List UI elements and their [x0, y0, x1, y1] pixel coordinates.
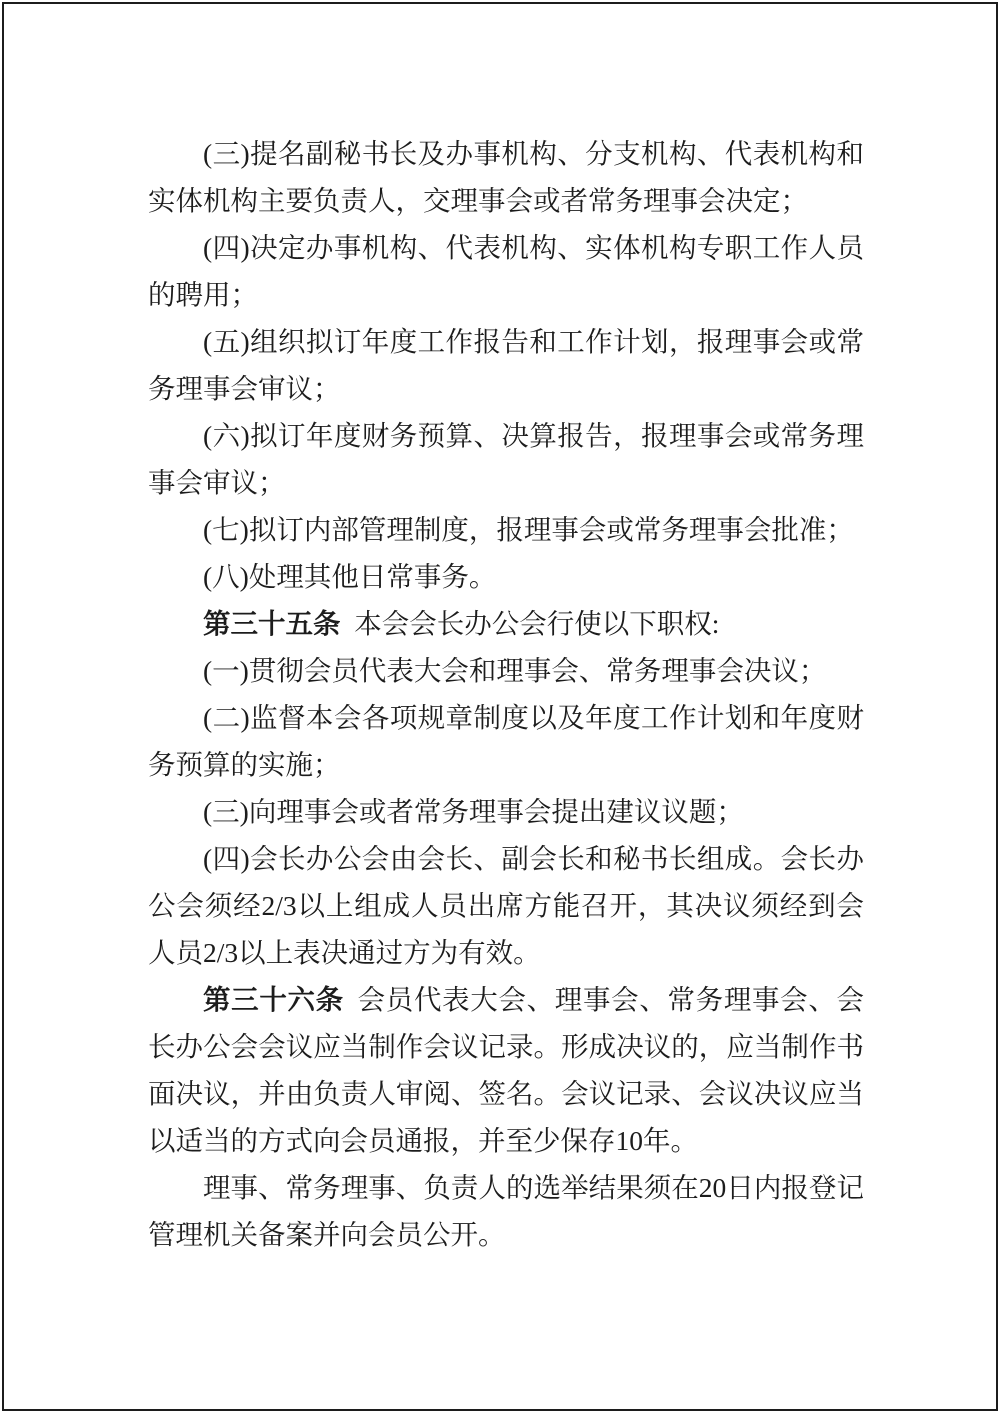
paragraph: (四)决定办事机构、代表机构、实体机构专职工作人员的聘用； [148, 224, 864, 318]
paragraph: 第三十六条会员代表大会、理事会、常务理事会、会长办公会会议应当制作会议记录。形成… [148, 976, 864, 1164]
paragraph: (二)监督本会各项规章制度以及年度工作计划和年度财务预算的实施； [148, 694, 864, 788]
paragraph: 第三十五条本会会长办公会行使以下职权: [148, 600, 864, 647]
clause-number: 第三十五条 [203, 608, 341, 639]
paragraph: (八)处理其他日常事务。 [148, 553, 864, 600]
paragraph: (七)拟订内部管理制度，报理事会或常务理事会批准； [148, 506, 864, 553]
paragraph: (三)向理事会或者常务理事会提出建议议题； [148, 788, 864, 835]
paragraph: (四)会长办公会由会长、副会长和秘书长组成。会长办公会须经2/3以上组成人员出席… [148, 835, 864, 976]
clause-number: 第三十六条 [203, 984, 344, 1015]
page: (三)提名副秘书长及办事机构、分支机构、代表机构和实体机构主要负责人，交理事会或… [0, 0, 1000, 1414]
paragraph: 理事、常务理事、负责人的选举结果须在20日内报登记管理机关备案并向会员公开。 [148, 1164, 864, 1258]
paragraph: (三)提名副秘书长及办事机构、分支机构、代表机构和实体机构主要负责人，交理事会或… [148, 130, 864, 224]
document-body: (三)提名副秘书长及办事机构、分支机构、代表机构和实体机构主要负责人，交理事会或… [148, 130, 864, 1258]
paragraph: (五)组织拟订年度工作报告和工作计划，报理事会或常务理事会审议； [148, 318, 864, 412]
paragraph: (六)拟订年度财务预算、决算报告，报理事会或常务理事会审议； [148, 412, 864, 506]
paragraph: (一)贯彻会员代表大会和理事会、常务理事会决议； [148, 647, 864, 694]
